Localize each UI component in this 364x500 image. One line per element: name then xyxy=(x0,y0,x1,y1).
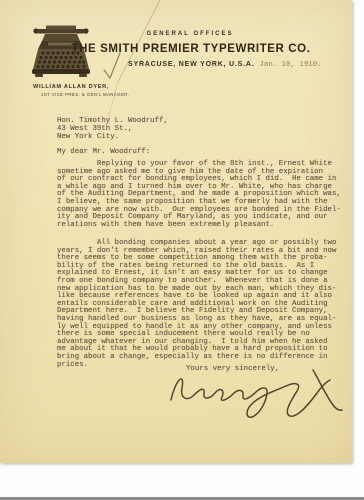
location-text: SYRACUSE, NEW YORK, U.S.A. xyxy=(128,61,254,68)
general-offices-heading: GENERAL OFFICES xyxy=(100,31,280,37)
letter-paper: GENERAL OFFICES THE SMITH PREMIER TYPEWR… xyxy=(0,0,352,463)
paragraph-1: Replying to your favor of the 8th inst.,… xyxy=(57,161,341,229)
company-name-heading: THE SMITH PREMIER TYPEWRITER CO. xyxy=(46,43,336,55)
signature-handwriting xyxy=(163,360,348,422)
letter-date: Jan. 10, 1910. xyxy=(259,61,321,69)
paragraph-2: All bonding companies about a year ago o… xyxy=(57,240,336,369)
scanned-letter: GENERAL OFFICES THE SMITH PREMIER TYPEWR… xyxy=(0,0,364,500)
recipient-address: Hon. Timothy L. Woodruff, 43 West 39th S… xyxy=(57,117,168,141)
officer-name: WILLIAM ALLAN DYER, xyxy=(33,84,129,90)
officer-title: 1ST VICE PRES. & GEN'L MANAGER. xyxy=(33,92,129,97)
officer-block: WILLIAM ALLAN DYER, 1ST VICE PRES. & GEN… xyxy=(33,84,129,97)
salutation: My dear Mr. Woodruff: xyxy=(57,149,150,157)
location-date-line: SYRACUSE, NEW YORK, U.S.A.Jan. 10, 1910. xyxy=(128,61,322,69)
